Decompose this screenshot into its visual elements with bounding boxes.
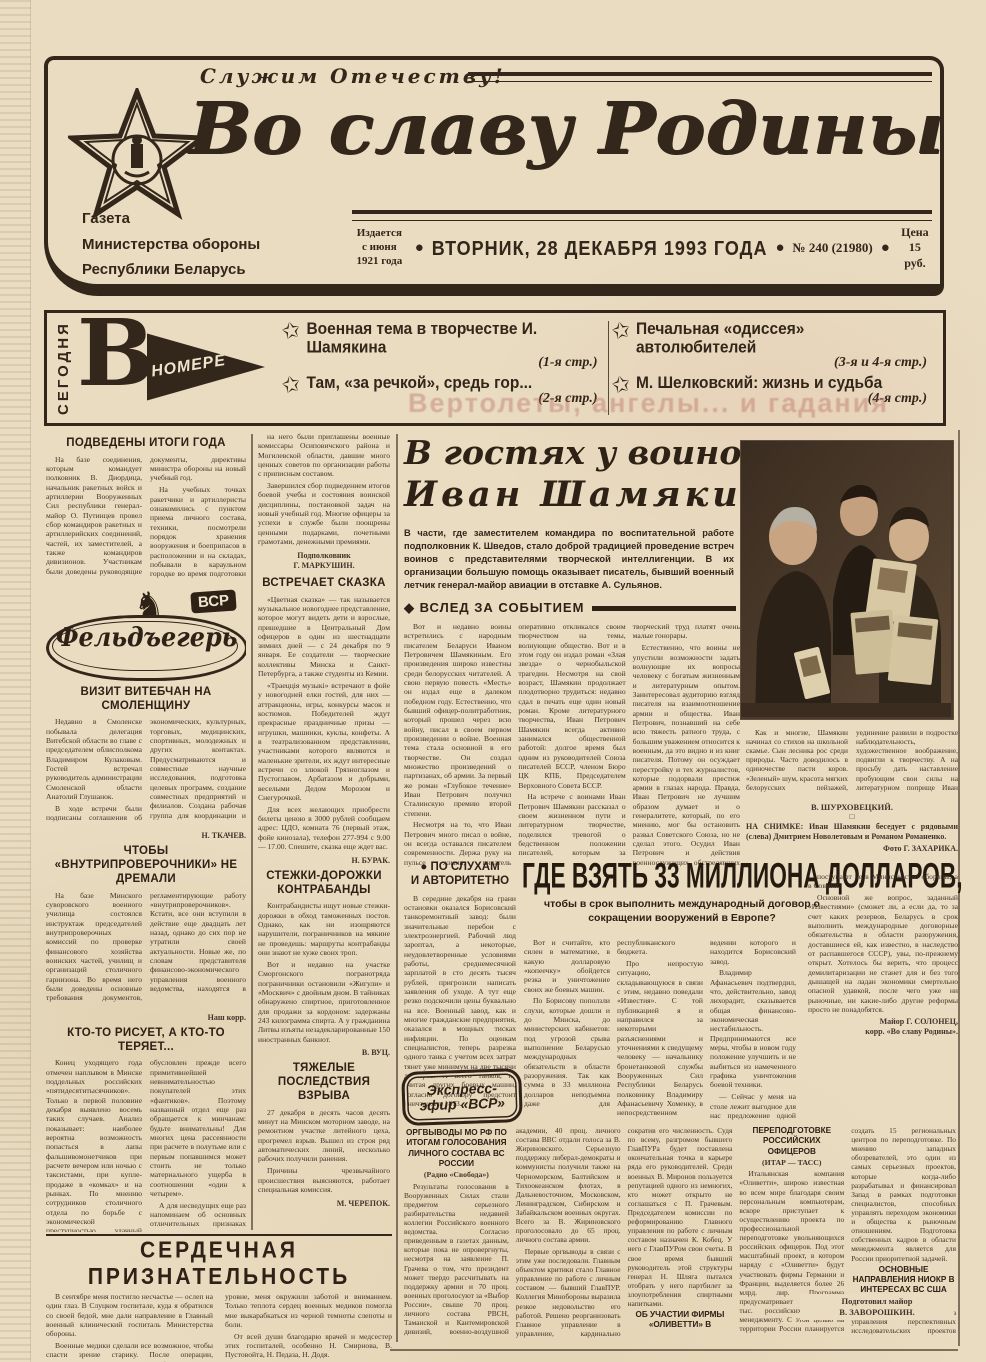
article-title: СТЕЖКИ-ДОРОЖКИ КОНТРАБАНДЫ (258, 870, 390, 898)
article-title: ЧТОБЫ «ВНУТРИПРОВЕРОЧНИКИ» НЕ ДРЕМАЛИ (46, 845, 246, 886)
article-subtitle: чтобы в срок выполнить международный дог… (532, 898, 832, 925)
today-item: ✩ Печальная «одиссея» автолюбителей (3-я… (608, 317, 938, 371)
article-body: На базе соединения, которым командует по… (46, 455, 246, 583)
star-icon: ✩ (280, 318, 303, 343)
newspaper-page: { "masthead": { "slogan": "Служим Отечес… (0, 0, 986, 1362)
issue-number: № 240 (21980) (793, 240, 873, 256)
paragraph: От всей души благодарю врачей и медсесте… (225, 1332, 392, 1360)
article-signature: Н. ТКАЧЕВ. (46, 831, 246, 840)
kicker-rule (592, 606, 736, 611)
article-body: Конец уходящего года отмечен наплывом в … (46, 1058, 246, 1232)
article-body: Вот и считайте, кто силен в математике, … (524, 938, 796, 1122)
article-signature: Н. БУРАК. (258, 856, 390, 865)
bullet-icon: ● (881, 240, 890, 257)
vsr-badge: ВСР (190, 589, 236, 613)
letter-paragraphs: В сентябре меня постигло несчастье — осл… (46, 1292, 392, 1362)
masthead-slogan: Служим Отечеству! (200, 64, 506, 88)
left-column-stack: ПОДВЕДЕНЫ ИТОГИ ГОДА На базе соединения,… (46, 432, 246, 1232)
bullet-icon: ● (415, 240, 424, 257)
today-item-text: Военная тема в творчестве И. Шамякина (306, 320, 597, 357)
paragraph: Владимир Афанасьевич подтвердил, что, де… (710, 968, 796, 1089)
star-icon: ✩ (280, 372, 303, 397)
feldjeger-name: Фельдъегерь (56, 623, 236, 653)
logo-line: эфир «ВСР» (419, 1096, 505, 1114)
published-since: Издается с июня 1921 года (352, 227, 407, 268)
photo-caption: НА СНИМКЕ: Иван Шамякин беседует с рядов… (746, 822, 958, 842)
paragraph: Контрабандисты ищут новые стежки-дорожки… (258, 901, 390, 957)
masthead: Служим Отечеству! Во славу Родины Газета… (44, 56, 944, 296)
publisher-line: Министерства обороны (82, 232, 260, 258)
article-body: «Цветная сказка» — так называется музыка… (258, 595, 390, 854)
today-item-text: Печальная «одиссея» автолюбителей (636, 320, 927, 357)
today-in-issue-logo: СЕГОДНЯ В НОМЕРЕ (47, 313, 272, 423)
article-title: ПОДВЕДЕНЫ ИТОГИ ГОДА (46, 437, 246, 451)
masthead-info-row: Издается с июня 1921 года ● ВТОРНИК, 28 … (352, 226, 932, 270)
bleed-through-text: Вертолеты, ангелы... и гадания (408, 388, 956, 419)
article-signature: М. ЧЕРЕПОК. (258, 1199, 390, 1208)
article-body-right-column: поступают не в Министерство обороны, а в… (808, 872, 958, 1041)
adjacent-page-edge (0, 0, 31, 1362)
article-stezhki: СТЕЖКИ-ДОРОЖКИ КОНТРАБАНДЫ Контрабандист… (258, 870, 390, 1058)
bullet-icon: ● (775, 240, 784, 257)
article-title: КТО-ТО РИСУЕТ, А КТО-ТО ТЕРЯЕТ... (46, 1027, 246, 1055)
price: Цена 15 руб. (898, 225, 932, 272)
article-body: Недавно в Смоленске побывала делегация В… (46, 717, 246, 829)
article-signature: Подполковник Г. МАРКУШИН. (258, 551, 390, 572)
express-efir-logo: Экспресс- эфир «ВСР» (401, 1068, 523, 1126)
segodnya-label: СЕГОДНЯ (55, 319, 72, 415)
article-signature: В. ВУЦ. (258, 1048, 390, 1057)
article-title: СЕРДЕЧНАЯ ПРИЗНАТЕЛЬНОСТЬ (46, 1238, 392, 1291)
paragraph: Завершился сбор подведением итогов боево… (258, 481, 390, 546)
square-icon: □ (746, 813, 958, 821)
article-body: Контрабандисты ищут новые стежки-дорожки… (258, 901, 390, 1046)
article-signature: Наш корр. (46, 1013, 246, 1022)
paragraph: В сентябре меня постигло несчастье — осл… (46, 1292, 213, 1339)
express-signature: Подготовил майор В. ЗАВОРОШКИН. (800, 1294, 954, 1320)
article-body: на него были приглашены военные комиссар… (258, 432, 390, 549)
photo-shamyakin (740, 440, 954, 720)
v-letter: В (77, 299, 155, 407)
bottom-rule (390, 1349, 958, 1351)
article-body: В сентябре меня постигло несчастье — осл… (46, 1292, 392, 1362)
article-itogi: ПОДВЕДЕНЫ ИТОГИ ГОДА На базе соединения,… (46, 437, 246, 583)
article-body-continuation: Как и многие, Шамякин начинал со стихов … (746, 728, 958, 800)
article-blagodarnost: СЕРДЕЧНАЯ ПРИЗНАТЕЛЬНОСТЬ В сентябре мен… (46, 1234, 392, 1362)
paragraph: на него были приглашены военные комиссар… (258, 432, 390, 479)
paragraph: Причины чрезвычайного происшествия выясн… (258, 1166, 390, 1194)
paragraph: Как и многие, Шамякин начинал со стихов … (746, 728, 958, 800)
right-paragraphs: поступают не в Министерство обороны, а в… (808, 872, 958, 1014)
paragraph: Вот и считайте, кто силен в математике, … (524, 938, 610, 994)
article-signature: В. ШУРХОВЕЦКИЙ. (746, 802, 958, 812)
article-vizit: ВИЗИТ ВИТЕБЧАН НА СМОЛЕНЩИНУ Недавно в С… (46, 686, 246, 841)
paragraph: «Цветная сказка» — так называется музыка… (258, 595, 390, 679)
article-title: ВИЗИТ ВИТЕБЧАН НА СМОЛЕНЩИНУ (46, 686, 246, 714)
article-kicker: ● ПО СЛУХАМ И АВТОРИТЕТНО (404, 860, 516, 889)
article-vnutri: ЧТОБЫ «ВНУТРИПРОВЕРОЧНИКИ» НЕ ДРЕМАЛИ На… (46, 845, 246, 1021)
brief-source: (ИТАР — ТАСС) (739, 1158, 844, 1168)
paragraph: Вот и недавно на участке Сморгонского по… (258, 960, 390, 1044)
masthead-info-rule (352, 210, 932, 221)
brief-title: ОСНОВНЫЕ НАПРАВЛЕНИЯ НИОКР В ИНТЕРЕСАХ В… (851, 1265, 956, 1296)
star-icon: ✩ (609, 318, 632, 343)
paragraph: На базе Минского суворовского военного у… (46, 891, 246, 1011)
nomere-pennant: НОМЕРЕ (147, 329, 265, 405)
article-headline-line2: Иван Шамякин (404, 473, 736, 517)
today-item: ✩ Военная тема в творчестве И. Шамякина … (278, 317, 608, 371)
newspaper-title: Во славу Родины (176, 86, 956, 170)
paragraph: «Траецція музыкі» встречают в фойе у нов… (258, 681, 390, 802)
article-vzryv: ТЯЖЕЛЫЕ ПОСЛЕДСТВИЯ ВЗРЫВА 27 декабря в … (258, 1062, 390, 1207)
publisher-lines: Газета Министерства обороны Республики Б… (82, 206, 260, 283)
middle-column-stack: на него были приглашены военные комиссар… (258, 432, 390, 1232)
publisher-line: Республики Беларусь (82, 257, 260, 283)
paragraph: 27 декабря в десять часов десять минут н… (258, 1108, 390, 1164)
paragraph: Основной же вопрос, заданный «Известиями… (808, 893, 958, 1014)
article-risuet: КТО-ТО РИСУЕТ, А КТО-ТО ТЕРЯЕТ... Конец … (46, 1027, 246, 1232)
article-kicker: ◆ ВСЛЕД ЗА СОБЫТИЕМ (404, 600, 736, 616)
brief-source: (Радио «Свобода») (404, 1170, 509, 1180)
article-body: На базе Минского суворовского военного у… (46, 891, 246, 1011)
brief-title: ОРГВЫВОДЫ МО РФ ПО ИТОГАМ ГОЛОСОВАНИЯ ЛИ… (404, 1128, 509, 1169)
article-body: Вот и недавно воины встретились с народн… (404, 622, 740, 872)
article-lead: В части, где заместителем командира по в… (404, 527, 734, 592)
article-title: ВСТРЕЧАЕТ СКАЗКА (258, 577, 390, 591)
issue-date: ВТОРНИК, 28 ДЕКАБРЯ 1993 ГОДА (432, 236, 768, 260)
column-rule (251, 434, 253, 1230)
article-itogi-continuation: на него были приглашены военные комиссар… (258, 432, 390, 572)
paragraph: поступают не в Министерство обороны, а в… (808, 872, 958, 891)
article-shamyakin: В гостях у воинов— Иван Шамякин В части,… (404, 432, 956, 858)
masthead-top-rule (468, 72, 932, 82)
paragraph: Естественно, что воины не упустили возмо… (633, 622, 740, 872)
paragraph: Для всех желающих приобрести билеты цено… (258, 805, 390, 852)
paragraph: Недавно в Смоленске побывала делегация В… (46, 717, 142, 801)
feldjeger-logo: ♞ Фельдъегерь ВСР (46, 589, 246, 681)
article-body: 27 декабря в десять часов десять минут н… (258, 1108, 390, 1197)
paragraph: Вот и недавно воины встретились с народн… (404, 622, 511, 818)
article-headline-line1: В гостях у воинов— (404, 432, 736, 473)
article-title: ТЯЖЕЛЫЕ ПОСЛЕДСТВИЯ ВЗРЫВА (258, 1062, 390, 1103)
photo-caption-zone: Как и многие, Шамякин начинал со стихов … (746, 728, 958, 853)
photo-credit: Фото Г. ЗАХАРИКА. (746, 844, 958, 853)
article-signature: Майор Г. СОЛОНЕЦ, корр. «Во славу Родины… (808, 1017, 958, 1037)
column-rule (396, 434, 398, 1342)
article-skazka: ВСТРЕЧАЕТ СКАЗКА «Цветная сказка» — так … (258, 577, 390, 865)
publisher-line: Газета (82, 206, 260, 232)
